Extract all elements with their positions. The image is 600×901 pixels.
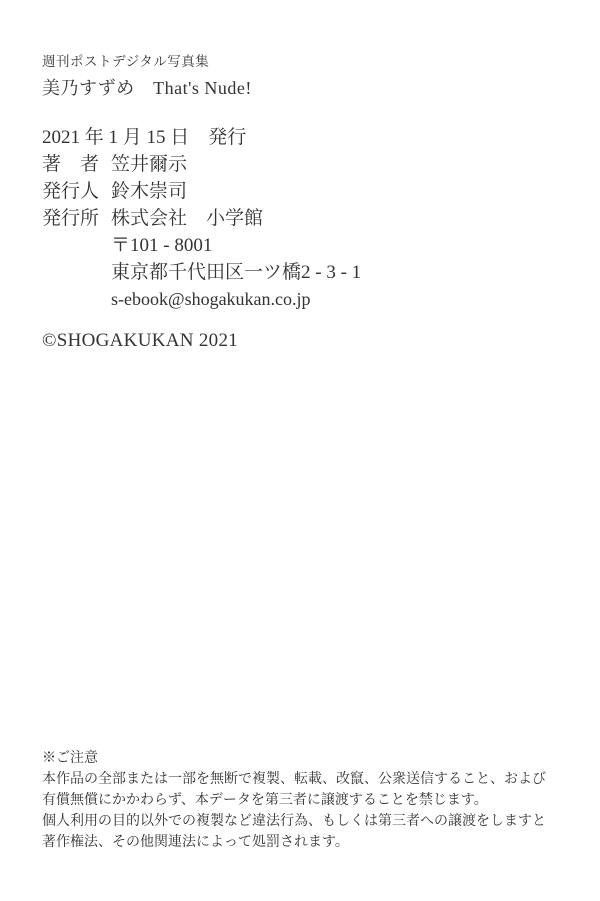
notice-line: 個人利用の目的以外での複製など違法行為、もしくは第三者への譲渡をしますと	[42, 811, 562, 832]
credit-label-publisher-person: 発行人	[42, 178, 99, 205]
credit-value-publisher-person: 鈴木崇司	[111, 178, 187, 205]
copyright-notice: ©SHOGAKUKAN 2021	[42, 330, 238, 352]
notice-line: 本作品の全部または一部を無断で複製、転載、改竄、公衆送信すること、および	[42, 769, 562, 790]
legal-notice-block: ※ご注意 本作品の全部または一部を無断で複製、転載、改竄、公衆送信すること、およ…	[42, 748, 562, 853]
publisher-address-block: 〒101 - 8001 東京都千代田区一ツ橋2 - 3 - 1 s-ebook@…	[111, 232, 361, 313]
colophon-page: 週刊ポストデジタル写真集 美乃すずめ That's Nude! 2021 年 1…	[0, 0, 600, 901]
postal-code: 〒101 - 8001	[111, 232, 361, 259]
credit-row-publisher-person: 発行人 鈴木崇司	[42, 178, 361, 205]
credit-label-publisher-company: 発行所	[42, 205, 99, 232]
notice-line: 有償無償にかかわらず、本データを第三者に譲渡することを禁じます。	[42, 790, 562, 811]
publication-date: 2021 年 1 月 15 日 発行	[42, 124, 361, 151]
series-label: 週刊ポストデジタル写真集	[42, 52, 252, 72]
publication-block: 2021 年 1 月 15 日 発行 著 者 笠井爾示 発行人 鈴木崇司 発行所…	[42, 124, 361, 313]
credit-label-author: 著 者	[42, 151, 99, 178]
credit-row-publisher-company: 発行所 株式会社 小学館	[42, 205, 361, 232]
title-block: 週刊ポストデジタル写真集 美乃すずめ That's Nude!	[42, 52, 252, 100]
credit-value-publisher-company: 株式会社 小学館	[111, 205, 263, 232]
street-address: 東京都千代田区一ツ橋2 - 3 - 1	[111, 259, 361, 286]
notice-line: 著作権法、その他関連法によって処罰されます。	[42, 832, 562, 853]
credit-row-author: 著 者 笠井爾示	[42, 151, 361, 178]
credit-value-author: 笠井爾示	[111, 151, 187, 178]
notice-heading: ※ご注意	[42, 748, 562, 769]
publisher-email: s-ebook@shogakukan.co.jp	[111, 286, 361, 313]
book-title: 美乃すずめ That's Nude!	[42, 76, 252, 100]
